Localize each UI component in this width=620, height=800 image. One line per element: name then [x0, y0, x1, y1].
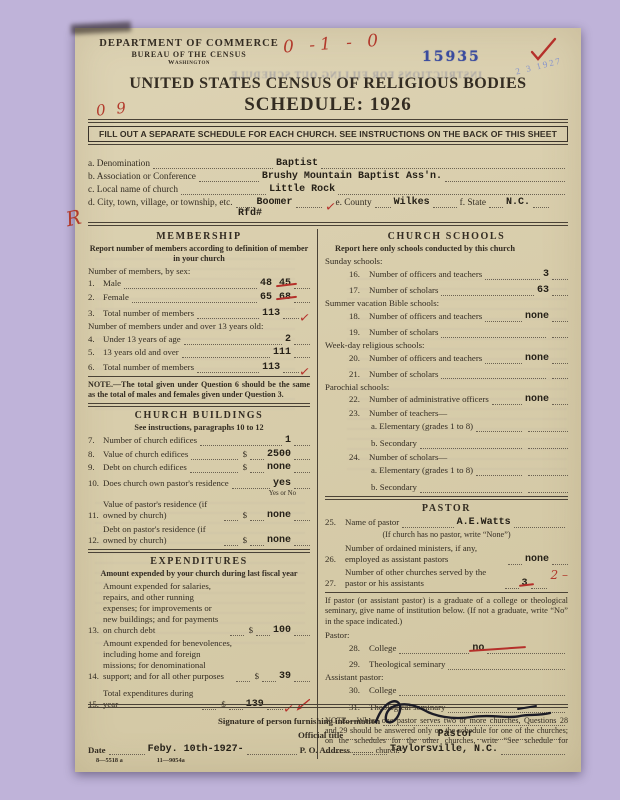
pastor-name-value: A.E.Watts — [457, 518, 511, 528]
dotted-tail — [283, 370, 299, 373]
dotted-leader — [250, 543, 264, 546]
dotted-leader — [184, 342, 282, 345]
question-number: 24. — [349, 452, 369, 463]
form-header: DEPARTMENT OF COMMERCE BUREAU OF THE CEN… — [88, 38, 568, 156]
dollar-sign: $ — [249, 625, 253, 636]
dotted-leader — [224, 518, 238, 521]
received-stamp: 15935 2 3 1927 — [422, 48, 552, 66]
red-check-mark: ✓ — [325, 207, 336, 209]
dept-line1: DEPARTMENT OF COMMERCE — [94, 38, 284, 50]
thin-rule — [88, 376, 310, 377]
dotted-leader — [230, 633, 244, 636]
question-25-row: 25. Name of pastor A.E.Watts — [325, 517, 568, 528]
struck-value: 3 — [522, 579, 528, 589]
question-label: Debt on church edifices — [103, 462, 187, 473]
dotted-tail — [294, 486, 310, 489]
date-label: Date — [88, 745, 106, 755]
handwritten-margin-r: R — [64, 205, 84, 232]
typed-value: 48 — [260, 279, 272, 289]
question-number: 26. — [325, 554, 345, 565]
pastor-label: Pastor: — [325, 630, 568, 640]
dotted-leader — [199, 179, 259, 182]
double-rule — [325, 496, 568, 500]
question-label: Number of scholars— — [369, 452, 447, 463]
dotted-leader — [441, 335, 546, 338]
signature-label: Signature of person furnishing informati… — [218, 716, 380, 726]
field-state-value: N.C. — [506, 198, 530, 208]
question-label: Amount expended for benevolences, includ… — [103, 638, 233, 682]
dotted-tail — [294, 457, 310, 460]
expenditures-subheading: Amount expended by your church during la… — [88, 569, 310, 579]
typed-value: 113 — [262, 309, 280, 319]
red-check-mark: ✓ — [299, 318, 310, 320]
membership-heading: MEMBERSHIP — [88, 231, 310, 242]
buildings-subheading: See instructions, paragraphs 10 to 12 — [88, 423, 310, 433]
dotted-leader — [501, 752, 565, 755]
question-label: Does church own pastor's residence — [103, 478, 229, 489]
group-label: Parochial schools: — [325, 382, 568, 392]
question-3-row: 3. Total number of members 113 ✓ — [88, 308, 310, 319]
dotted-leader — [433, 205, 457, 208]
thin-rule — [325, 592, 568, 593]
question-19-row: 19. Number of scholars — [325, 327, 568, 338]
date-value: Feby. 10th-1927- — [148, 745, 244, 755]
field-label: d. City, town, village, or township, etc… — [88, 198, 233, 208]
double-rule — [88, 222, 568, 226]
question-18-row: 18. Number of officers and teachers none — [325, 311, 568, 322]
dotted-tail — [552, 293, 568, 296]
question-label: College — [369, 643, 396, 654]
dotted-leader — [247, 752, 297, 755]
dotted-tail — [294, 443, 310, 446]
red-correction-value: 2 – — [551, 568, 568, 583]
question-9-row: 9. Debt on church edifices $ none — [88, 462, 310, 473]
question-number: 23. — [349, 408, 369, 419]
question-number: 5. — [88, 347, 103, 358]
question-23b-row: b. Secondary — [325, 438, 568, 449]
question-number: 1. — [88, 278, 103, 289]
census-schedule-form: DEPARTMENT OF COMMERCE BUREAU OF THE CEN… — [75, 28, 581, 772]
dept-line2: BUREAU OF THE CENSUS — [94, 50, 284, 59]
typed-value: none — [525, 395, 549, 405]
field-city-county-state: d. City, town, village, or township, etc… — [88, 198, 568, 208]
dollar-sign: $ — [243, 462, 247, 473]
dotted-leader — [476, 473, 522, 476]
question-23a-row: a. Elementary (grades 1 to 8) — [325, 421, 568, 432]
typed-value: none — [267, 536, 291, 546]
signature-ink — [368, 692, 558, 732]
left-column: MEMBERSHIP Report number of members acco… — [88, 229, 317, 759]
dotted-tail — [283, 316, 299, 319]
dotted-leader — [321, 166, 565, 169]
dotted-tail — [294, 679, 310, 682]
typed-value: none — [267, 463, 291, 473]
question-number: 12. — [88, 535, 103, 546]
dotted-leader — [296, 205, 322, 208]
dotted-tail — [533, 205, 549, 208]
typed-value: 65 — [260, 293, 272, 303]
question-number: 27. — [325, 578, 345, 589]
question-23-row: 23. Number of teachers— — [325, 408, 568, 419]
dotted-tail — [552, 361, 568, 364]
dotted-leader — [236, 679, 250, 682]
question-number: 8. — [88, 449, 103, 460]
struck-value: no — [472, 644, 484, 654]
question-label: Number of scholars — [369, 327, 438, 338]
question-1-row: 1. Male 48 45 — [88, 278, 310, 289]
dotted-tail — [294, 518, 310, 521]
dotted-tail — [528, 490, 568, 493]
question-label: Total number of members — [103, 362, 194, 373]
question-label: Under 13 years of age — [103, 334, 181, 345]
typed-value: none — [267, 511, 291, 521]
handwritten-margin-code: 0 9 — [95, 98, 130, 119]
dotted-tail — [552, 376, 568, 379]
form-number-2: 11—9054a — [157, 757, 185, 764]
group-label: Number of members, by sex: — [88, 266, 310, 276]
question-number: 2. — [88, 292, 103, 303]
dotted-leader — [190, 470, 238, 473]
dotted-leader — [375, 205, 391, 208]
pastor-hint: (If church has no pastor, write “None”) — [325, 530, 568, 540]
form-footer: Signature of person furnishing informati… — [88, 701, 568, 764]
question-number: 6. — [88, 362, 103, 373]
yes-or-no-hint: Yes or No — [88, 490, 296, 497]
typed-value: 1 — [285, 436, 291, 446]
dotted-leader — [441, 376, 546, 379]
dotted-leader — [191, 457, 237, 460]
question-10-row: 10. Does church own pastor's residence y… — [88, 478, 310, 489]
dept-line3: Washington — [94, 59, 284, 66]
question-label: Female — [103, 292, 129, 303]
dotted-leader — [153, 166, 273, 169]
double-rule — [88, 403, 310, 407]
question-6-row: 6. Total number of members 113 ✓ — [88, 362, 310, 373]
dotted-leader — [124, 286, 257, 289]
red-check-mark: ✓ — [299, 372, 310, 374]
dotted-leader — [505, 586, 519, 589]
dotted-leader — [489, 205, 503, 208]
question-28-row: 28. College no — [325, 643, 568, 654]
dotted-leader — [485, 361, 522, 364]
question-label: Number of officers and teachers — [369, 311, 482, 322]
dotted-tail — [294, 543, 310, 546]
church-schools-subheading: Report here only schools conducted by th… — [325, 244, 568, 254]
handwritten-red-code: 0 -1 - 0 — [282, 31, 383, 58]
dotted-leader — [346, 737, 434, 740]
dotted-tail — [552, 402, 568, 405]
dotted-leader — [250, 518, 264, 521]
dotted-leader — [399, 651, 469, 654]
dotted-leader — [508, 562, 522, 565]
question-27-row: 27. Number of other churches served by t… — [325, 567, 568, 589]
group-label: Number of members under and over 13 year… — [88, 321, 310, 331]
dotted-tail — [294, 470, 310, 473]
dotted-tail — [294, 355, 310, 358]
form-number-1: 8—5518 a — [96, 757, 123, 764]
dotted-tail — [531, 586, 547, 589]
question-11-row: 11. Value of pastor's residence (if owne… — [88, 499, 310, 521]
dotted-leader — [182, 355, 270, 358]
bleedthrough-text: INSTRUCTIONS FOR FILLING OUT SCHEDULE — [216, 71, 496, 81]
question-label: Number of other churches served by the p… — [345, 567, 502, 589]
question-number: 13. — [88, 625, 103, 636]
dotted-leader — [256, 633, 270, 636]
dotted-leader — [485, 319, 522, 322]
dotted-tail — [552, 335, 568, 338]
question-8-row: 8. Value of church edifices $ 2500 — [88, 449, 310, 460]
dotted-leader — [448, 667, 565, 670]
dollar-sign: $ — [255, 671, 259, 682]
official-title-label: Official title — [298, 730, 343, 740]
dotted-leader — [109, 752, 145, 755]
thin-rule — [88, 144, 568, 145]
question-number: 4. — [88, 334, 103, 345]
question-number: 25. — [325, 517, 345, 528]
question-label: Total number of members — [103, 308, 194, 319]
question-label: Amount expended for salaries, repairs, a… — [103, 581, 227, 636]
question-label: Number of church edifices — [103, 435, 197, 446]
dotted-leader — [353, 752, 387, 755]
dotted-tail — [552, 319, 568, 322]
typed-value: 3 — [543, 270, 549, 280]
question-label: Number of officers and teachers — [369, 353, 482, 364]
dollar-sign: $ — [243, 535, 247, 546]
typed-value: yes — [273, 479, 291, 489]
question-label: Number of scholars — [369, 285, 438, 296]
typed-value: 111 — [273, 348, 291, 358]
question-number: 11. — [88, 510, 103, 521]
question-label: Value of church edifices — [103, 449, 188, 460]
typed-value: 63 — [537, 286, 549, 296]
dotted-leader — [197, 370, 259, 373]
question-label: Male — [103, 278, 121, 289]
field-label: a. Denomination — [88, 159, 150, 169]
dotted-tail — [294, 300, 310, 303]
dotted-leader — [514, 525, 565, 528]
question-number: 18. — [349, 311, 369, 322]
field-association: b. Association or Conference Brushy Moun… — [88, 172, 568, 182]
question-label: a. Elementary (grades 1 to 8) — [371, 465, 473, 476]
dotted-leader — [492, 402, 522, 405]
question-label: 13 years old and over — [103, 347, 179, 358]
double-rule — [88, 119, 568, 123]
question-number: 7. — [88, 435, 103, 446]
field-label: c. Local name of church — [88, 185, 178, 195]
question-7-row: 7. Number of church edifices 1 — [88, 435, 310, 446]
pastor-heading: PASTOR — [325, 503, 568, 514]
expenditures-heading: EXPENDITURES — [88, 556, 310, 567]
form-subtitle: SCHEDULE: 1926 — [88, 94, 568, 116]
agency-block: DEPARTMENT OF COMMERCE BUREAU OF THE CEN… — [94, 38, 284, 67]
identity-fields: R a. Denomination Baptist b. Association… — [88, 159, 568, 226]
dotted-leader — [477, 737, 565, 740]
dotted-leader — [250, 470, 264, 473]
question-label: Number of officers and teachers — [369, 269, 482, 280]
question-label: Theological seminary — [369, 659, 445, 670]
question-number: 21. — [349, 369, 369, 380]
dotted-tail — [528, 429, 568, 432]
question-number: 10. — [88, 478, 103, 489]
right-column: CHURCH SCHOOLS Report here only schools … — [317, 229, 568, 759]
question-14-row: 14. Amount expended for benevolences, in… — [88, 638, 310, 682]
question-number: 30. — [349, 685, 369, 696]
stamp-number: 15935 — [422, 49, 481, 65]
question-12-row: 12. Debt on pastor's residence (if owned… — [88, 524, 310, 546]
signature-row: Signature of person furnishing informati… — [88, 716, 568, 726]
dotted-leader — [476, 429, 522, 432]
dotted-leader — [485, 277, 540, 280]
question-number: 20. — [349, 353, 369, 364]
typed-value: 100 — [273, 626, 291, 636]
buildings-heading: CHURCH BUILDINGS — [88, 410, 310, 421]
dollar-sign: $ — [243, 510, 247, 521]
typed-value: 39 — [279, 672, 291, 682]
dotted-leader — [200, 443, 282, 446]
po-address-label: P. O. Address — [300, 745, 350, 755]
dotted-leader — [132, 300, 257, 303]
question-20-row: 20. Number of officers and teachers none — [325, 353, 568, 364]
question-22-row: 22. Number of administrative officers no… — [325, 394, 568, 405]
question-number: 3. — [88, 308, 103, 319]
dotted-leader — [338, 192, 565, 195]
question-24a-row: a. Elementary (grades 1 to 8) — [325, 465, 568, 476]
question-26-row: 26. Number of ordained ministers, if any… — [325, 543, 568, 565]
question-label: Name of pastor — [345, 517, 399, 528]
membership-note: NOTE.—The total given under Question 6 s… — [88, 380, 310, 400]
struck-value: 68 — [279, 293, 291, 303]
dotted-leader — [420, 446, 522, 449]
instructions-banner: FILL OUT A SEPARATE SCHEDULE FOR EACH CH… — [88, 126, 568, 142]
field-city-value: Boomer — [257, 198, 293, 208]
group-label: Week-day religious schools: — [325, 340, 568, 350]
dotted-leader — [197, 316, 259, 319]
field-church-name-value: Little Rock — [269, 185, 335, 195]
date-address-row: Date Feby. 10th-1927- P. O. Address Tayl… — [88, 745, 568, 755]
dotted-leader — [250, 457, 264, 460]
question-2-row: 2. Female 65 68 — [88, 292, 310, 303]
graduate-note: If pastor (or assistant pastor) is a gra… — [325, 596, 568, 628]
question-24-row: 24. Number of scholars— — [325, 452, 568, 463]
question-4-row: 4. Under 13 years of age 2 — [88, 334, 310, 345]
dotted-leader — [441, 293, 534, 296]
question-number: 19. — [349, 327, 369, 338]
question-16-row: 16. Number of officers and teachers 3 — [325, 269, 568, 280]
church-schools-heading: CHURCH SCHOOLS — [325, 231, 568, 242]
double-rule — [88, 549, 310, 553]
dotted-leader — [224, 543, 238, 546]
dollar-sign: $ — [243, 449, 247, 460]
field-county-value: Wilkes — [394, 198, 430, 208]
question-label: b. Secondary — [371, 482, 417, 493]
scanned-photo-background: DEPARTMENT OF COMMERCE BUREAU OF THE CEN… — [0, 0, 620, 800]
dotted-leader — [402, 525, 453, 528]
typed-value: none — [525, 312, 549, 322]
dotted-tail — [552, 562, 568, 565]
dotted-leader — [262, 679, 276, 682]
question-number: 9. — [88, 462, 103, 473]
question-label: Number of teachers— — [369, 408, 447, 419]
question-17-row: 17. Number of scholars 63 — [325, 285, 568, 296]
red-check-icon — [528, 36, 558, 62]
form-numbers: 8—5518 a 11—9054a — [96, 757, 568, 764]
question-29-row: 29. Theological seminary — [325, 659, 568, 670]
question-number: 28. — [349, 643, 369, 654]
question-number: 29. — [349, 659, 369, 670]
field-label: e. County — [335, 198, 371, 208]
typed-value: none — [525, 555, 549, 565]
question-21-row: 21. Number of scholars — [325, 369, 568, 380]
dotted-tail — [528, 446, 568, 449]
field-label: b. Association or Conference — [88, 172, 196, 182]
question-24b-row: b. Secondary — [325, 482, 568, 493]
dotted-tail — [294, 286, 310, 289]
typed-value: 113 — [262, 363, 280, 373]
dotted-tail — [294, 633, 310, 636]
field-church-name: c. Local name of church Little Rock — [88, 185, 568, 195]
question-number: 14. — [88, 671, 103, 682]
question-label: a. Elementary (grades 1 to 8) — [371, 421, 473, 432]
po-address-value: Taylorsville, N.C. — [390, 745, 498, 755]
question-number: 22. — [349, 394, 369, 405]
question-5-row: 5. 13 years old and over 111 — [88, 347, 310, 358]
dotted-leader — [420, 490, 522, 493]
assistant-pastor-label: Assistant pastor: — [325, 672, 568, 682]
question-label: Value of pastor's residence (if owned by… — [103, 499, 221, 521]
membership-subheading: Report number of members according to de… — [88, 244, 310, 264]
question-number: 16. — [349, 269, 369, 280]
struck-value: 45 — [279, 279, 291, 289]
question-label: b. Secondary — [371, 438, 417, 449]
dotted-leader — [487, 651, 565, 654]
question-13-row: 13. Amount expended for salaries, repair… — [88, 581, 310, 636]
question-label: Number of scholars — [369, 369, 438, 380]
form-columns: MEMBERSHIP Report number of members acco… — [88, 229, 568, 759]
typed-value: 2 — [285, 335, 291, 345]
question-label: Debt on pastor's residence (if owned by … — [103, 524, 221, 546]
question-number: 17. — [349, 285, 369, 296]
field-rfd-value: Rfd# — [238, 209, 568, 219]
dotted-leader — [232, 486, 270, 489]
typed-value: 2500 — [267, 450, 291, 460]
field-denomination: a. Denomination Baptist — [88, 159, 568, 169]
question-label: Number of ordained ministers, if any, em… — [345, 543, 505, 565]
dotted-leader — [181, 192, 266, 195]
typed-value: none — [525, 354, 549, 364]
field-association-value: Brushy Mountain Baptist Ass'n. — [262, 172, 442, 182]
question-label: Number of administrative officers — [369, 394, 489, 405]
dotted-tail — [528, 473, 568, 476]
dotted-tail — [552, 277, 568, 280]
dotted-tail — [294, 342, 310, 345]
group-label: Summer vacation Bible schools: — [325, 298, 568, 308]
dotted-leader — [445, 179, 565, 182]
group-label: Sunday schools: — [325, 256, 568, 266]
field-label: f. State — [460, 198, 486, 208]
field-denomination-value: Baptist — [276, 159, 318, 169]
